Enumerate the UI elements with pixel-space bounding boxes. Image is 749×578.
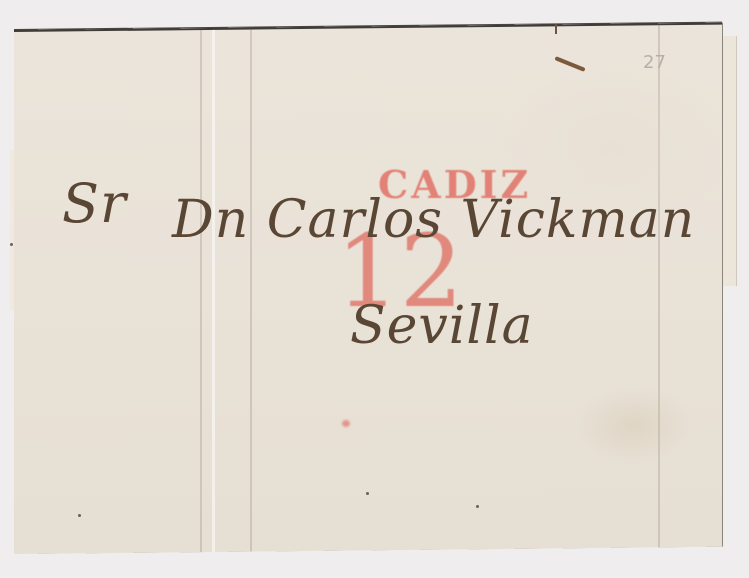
paper-speck (10, 243, 13, 246)
pencil-number: 27 (643, 52, 666, 73)
address-title: Sr (62, 172, 127, 235)
paper-speck (366, 492, 369, 495)
paper-speck (78, 514, 81, 517)
fold-line (200, 30, 202, 552)
paper-speck (476, 505, 479, 508)
address-name: Dn Carlos Vickman (172, 190, 695, 250)
paper-right-flap (722, 36, 737, 286)
fold-line (658, 25, 660, 547)
address-city: Sevilla (350, 296, 534, 356)
fold-line (250, 30, 252, 552)
ink-mark (555, 24, 557, 34)
fold-line (212, 30, 215, 552)
red-ink-spot (342, 420, 350, 427)
